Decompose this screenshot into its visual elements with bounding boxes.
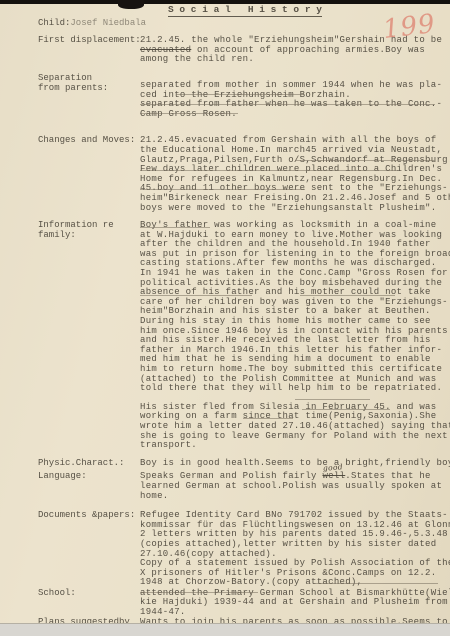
pencil-underline [243, 418, 293, 419]
field-label-changes: Changes and Moves: [38, 136, 140, 146]
scan-edge-bar [0, 0, 450, 4]
pencil-underline [140, 113, 238, 114]
field-label-physic: Physic.Charact.: [38, 459, 140, 469]
section-language: Language: Speaks German and Polish fairl… [38, 472, 450, 501]
page-number-annotation: 199 [382, 11, 437, 43]
section-documents-and-papers: Documents &papers: Refugee Identity Card… [38, 511, 450, 588]
scan-bottom-margin [0, 623, 450, 636]
pencil-underline [295, 399, 370, 400]
field-value-physic: Boy is in good health.Seems to be a brig… [140, 459, 450, 469]
field-label-documents: Documents &papers: [38, 511, 140, 521]
field-value-family: Boy's father was working as locksmith in… [140, 221, 450, 451]
pencil-underline [296, 160, 434, 161]
field-label-first-displacement: First displacement: [38, 36, 140, 46]
pencil-underline [140, 104, 435, 105]
field-value-documents: Refugee Identity Card BNo 791702 issued … [140, 511, 450, 588]
pencil-underline [140, 170, 398, 171]
pencil-underline [300, 295, 395, 296]
field-label-language: Language: [38, 472, 140, 482]
field-label-separation: Separation from parents: [38, 74, 140, 93]
document-body: S o c i a l H i s t o r y Child:Josef Ni… [0, 4, 450, 624]
pencil-underline [302, 409, 390, 410]
scanned-document: 199 S o c i a l H i s t o r y Child:Jose… [0, 0, 450, 636]
field-label-family: Information re family: [38, 221, 140, 240]
handwritten-correction: good [323, 463, 343, 474]
field-label-school: School: [38, 589, 140, 599]
pencil-underline [140, 295, 252, 296]
pencil-underline [313, 583, 438, 584]
document-page: 199 S o c i a l H i s t o r y Child:Jose… [0, 4, 450, 624]
section-separation: Separation from parents: separated from … [38, 74, 450, 119]
strikethrough-word: evacuated [140, 45, 191, 55]
text-run: Speaks German and Polish fairly [140, 471, 322, 481]
pencil-underline [140, 189, 305, 190]
child-name: Josef Niedbala [70, 18, 146, 28]
child-label: Child: [38, 18, 70, 28]
field-value-school: attended the Primary German School at Bi… [140, 589, 450, 618]
section-physical-characteristics: Physic.Charact.: Boy is in good health.S… [38, 459, 450, 469]
section-school: School: attended the Primary German Scho… [38, 589, 450, 618]
section-changes-and-moves: Changes and Moves: 21.2.45.evacuated fro… [38, 136, 450, 213]
corrected-word-wrap: wellgood [322, 471, 345, 481]
family-paragraph-1: Boy's father was working as locksmith in… [140, 221, 450, 394]
pencil-underline [140, 227, 210, 228]
section-information-re-family: Information re family: Boy's father was … [38, 221, 450, 451]
field-value-language: Speaks German and Polish fairly wellgood… [140, 472, 450, 501]
field-value-changes: 21.2.45.evacuated from Gershain with all… [140, 136, 450, 213]
pencil-underline [176, 94, 304, 95]
document-title: S o c i a l H i s t o r y [168, 5, 322, 17]
scan-edge-mark [118, 0, 144, 9]
pencil-underline [140, 592, 258, 593]
family-paragraph-2: His sister fled from Silesia in February… [140, 403, 450, 451]
